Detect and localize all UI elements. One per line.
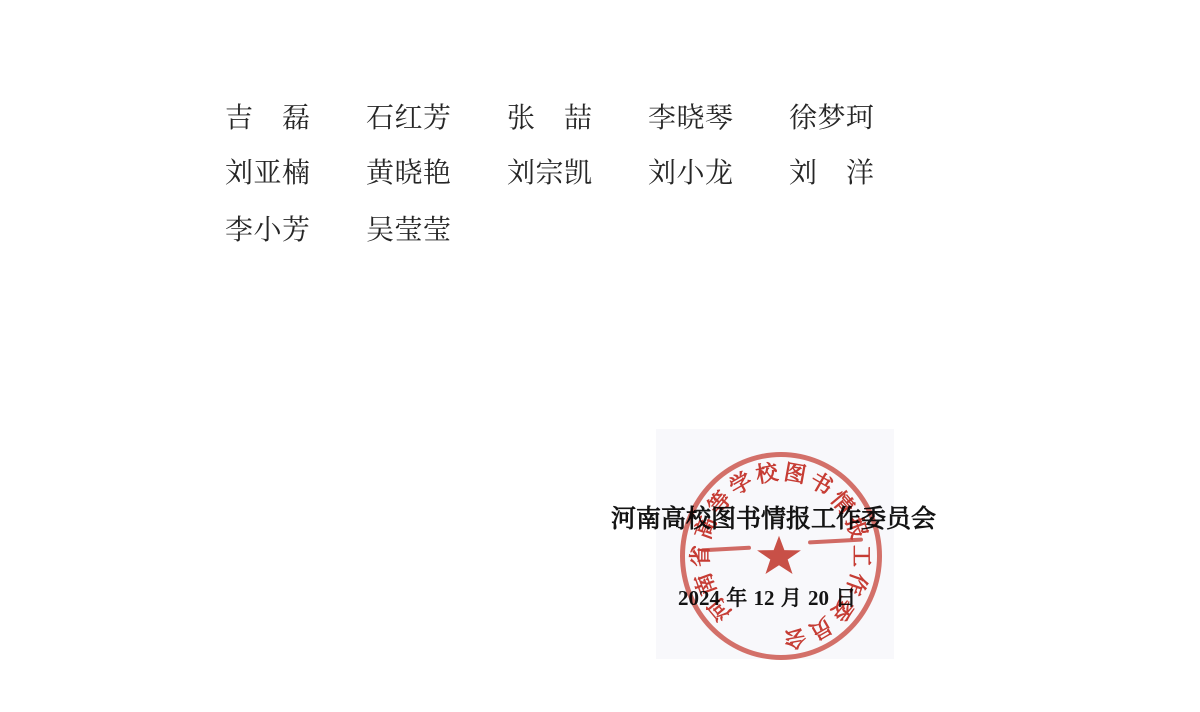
name: 黄晓艳 <box>366 159 452 189</box>
name-row-2: 刘亚楠 黄晓艳 刘宗凯 刘小龙 刘 洋 <box>225 159 875 189</box>
name: 吉 磊 <box>225 104 311 134</box>
name: 李小芳 <box>225 216 311 246</box>
seal-ring-char: 校 <box>754 462 780 487</box>
seal-circle-border <box>680 452 882 660</box>
seal-ring-char: 会 <box>782 625 808 650</box>
seal-ring-char: 图 <box>782 462 808 487</box>
name: 李晓琴 <box>648 104 734 134</box>
seal-ring-char: 工 <box>850 545 872 567</box>
name: 刘宗凯 <box>507 159 593 189</box>
name: 吴莹莹 <box>366 216 452 246</box>
name: 刘 洋 <box>789 159 875 189</box>
signature-date: 2024 年 12 月 20 日 <box>678 586 856 610</box>
seal-ring-char: 学 <box>726 469 756 499</box>
name: 徐梦珂 <box>789 104 875 134</box>
name-row-3: 李小芳 吴莹莹 <box>225 216 452 246</box>
name-row-1: 吉 磊 石红芳 张 喆 李晓琴 徐梦珂 <box>225 104 875 134</box>
name: 刘亚楠 <box>225 159 311 189</box>
name: 刘小龙 <box>648 159 734 189</box>
star-icon <box>755 534 803 578</box>
name: 石红芳 <box>366 104 452 134</box>
name: 张 喆 <box>507 104 593 134</box>
seal-paper-tint <box>656 429 894 659</box>
seal-ring-char: 省 <box>690 545 712 567</box>
seal-ring-char: 员 <box>806 613 836 643</box>
seal-right-dash <box>808 538 863 544</box>
seal-left-dash <box>701 546 751 552</box>
seal-ring-char: 书 <box>806 469 836 499</box>
document-page: 吉 磊 石红芳 张 喆 李晓琴 徐梦珂 刘亚楠 黄晓艳 刘宗凯 刘小龙 刘 洋 … <box>0 0 1200 712</box>
signature-organization: 河南高校图书情报工作委员会 <box>611 506 936 533</box>
